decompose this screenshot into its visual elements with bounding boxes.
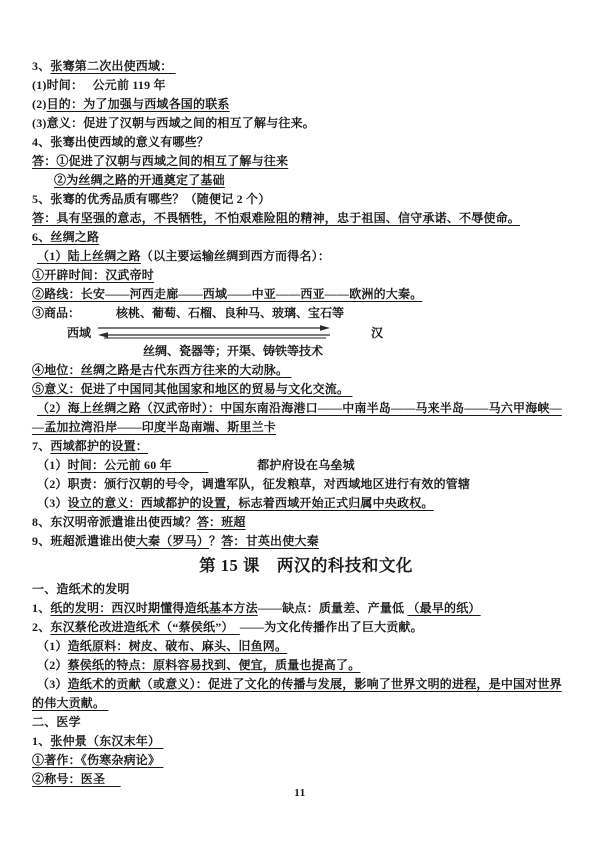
plain-text: 都护府设在乌垒城 [208, 458, 354, 472]
section-silk-road: 3、张骞第二次出使西域： (1)时间： 公元前 119 年(2)目的：为了加强与… [32, 57, 580, 304]
plain-text: 3、 [32, 59, 50, 73]
commodity-line: ③商品：核桃、葡萄、石榴、良种马、玻璃、宝石等 [32, 304, 580, 323]
plain-text: 8、东汉明帝派遣谁出使西域？ [32, 515, 197, 529]
plain-text: ——为文化传播作出了巨大贡献。 [240, 620, 423, 634]
underlined-text: （2）海上丝绸之路（汉武帝时）：中国东南沿海港口——中南半岛——马来半岛——马六… [37, 401, 562, 415]
q5-answer: 答：具有坚强的意志，不畏牺牲，不怕艰难险阻的精神，忠于祖国、信守承诺、不辱使命。 [32, 209, 580, 228]
diagram-east-label: 汉 [371, 324, 383, 341]
q7-duty: （2）职责：颁行汉朝的号令，调遣军队，征发粮草，对西域地区进行有效的管辖 [32, 475, 580, 494]
land-route-time: ①开辟时间：汉武帝时 [32, 266, 580, 285]
underlined-text: ①开辟时间：汉武帝时 [32, 268, 154, 282]
underlined-text: 答：甘英出使大秦 [221, 534, 319, 548]
plain-text: 1、 [32, 601, 50, 615]
underlined-text: 答：具有坚强的意志，不畏牺牲，不怕艰难险阻的精神，忠于祖国、信守承诺、不辱使命。 [32, 211, 520, 225]
underlined-text: 造纸术的贡献（或意义）：促进了文化的传播与发展，影响了世界文明的进程，是中国对世… [68, 677, 562, 691]
plain-text: （1） [37, 639, 68, 653]
diagram-bottom-label: 丝绸、瓷器等；开渠、铸铁等技术 [143, 344, 323, 358]
plain-text: 1、 [32, 734, 50, 748]
zhangzhongjing-work: ①著作：《伤寒杂病论》 [32, 751, 580, 770]
underlined-text: 张骞第二次出使西域： [50, 59, 175, 73]
underlined-text: 目的：为了加强与西域各国的联系 [47, 97, 230, 111]
underlined-text: 张仲景（东汉末年） [50, 734, 163, 748]
underlined-text: 东汉蔡伦改进造纸术（“蔡侯纸”） [50, 620, 239, 634]
diagram-west-label: 西域 [67, 324, 91, 341]
papermaking-contribution: （3）造纸术的贡献（或意义）：促进了文化的传播与发展，影响了世界文明的进程，是中… [32, 675, 580, 694]
q5-question: 5、张骞的优秀品质有哪些？（随便记 2 个） [32, 190, 580, 209]
q7-time: （1）时间：公元前 60 年 都护府设在乌垒城 [32, 456, 580, 475]
paper-materials: （1）造纸原料：树皮、破布、麻头、旧鱼网。 [32, 637, 580, 656]
plain-text: ？ [209, 534, 221, 548]
zhangzhongjing: 1、张仲景（东汉末年） [32, 732, 580, 751]
topic6-silk-road: 6、丝绸之路 [32, 228, 580, 247]
q4-answer-1: 答：①促进了汉朝与西域之间的相互了解与往来 [32, 152, 580, 171]
diagram-top-label: 核桃、葡萄、石榴、良种马、玻璃、宝石等 [116, 306, 344, 320]
underlined-text: ②路线：长安——河西走廊——西域——中亚——西亚——欧洲的大秦。 [32, 287, 422, 301]
underlined-text: 大秦（罗马） [136, 534, 209, 548]
plain-text: （1） [37, 458, 68, 472]
q3-time: (1)时间： 公元前 119 年 [32, 76, 580, 95]
section-papermaking: 一、造纸术的发明 [32, 580, 580, 599]
plain-text: (2) [32, 97, 47, 111]
plain-text: （2） [37, 658, 68, 672]
underlined-text: 设立的意义：西域都护的设置，标志着西域开始正式归属中央政权。 [68, 496, 434, 510]
plain-text: 一、造纸术的发明 [32, 582, 130, 596]
section-medicine: 二、医学 [32, 713, 580, 732]
papermaking-contribution-2: 的伟大贡献。 [32, 694, 580, 713]
underlined-text: 西域都护的设置： [50, 439, 148, 453]
plain-text: ——缺点：质量差、产量低 [258, 601, 408, 615]
cailun-improvement: 2、东汉蔡伦改进造纸术（“蔡侯纸”） ——为文化传播作出了巨大贡献。 [32, 618, 580, 637]
underlined-text: 纸的发明：西汉时期懂得造纸基本方法 [50, 601, 257, 615]
q3-significance: (3)意义：促进了汉朝与西域之间的相互了解与往来。 [32, 114, 580, 133]
plain-text: 5、张骞的优秀品质有哪些？（随便记 2 个） [32, 192, 270, 206]
q9-ganying: 9、班超派遣谁出使大秦（罗马）？答：甘英出使大秦 [32, 532, 580, 551]
diagram-bottom-line: 丝绸、瓷器等；开渠、铸铁等技术 [32, 342, 580, 361]
plain-text: （以主要运输丝绸到西方而得名）： [141, 249, 330, 263]
q4-answer-2: ②为丝绸之路的开通奠定了基础 [32, 171, 580, 190]
caihou-paper-features: （2）蔡侯纸的特点：原料容易找到、便宜，质量也提高了。 [32, 656, 580, 675]
underlined-text: ②为丝绸之路的开通奠定了基础 [54, 173, 225, 187]
plain-text: 4、张骞出使西域的意义有哪些？ [32, 135, 209, 149]
diagram-arrow-row: 西域 汉 [32, 323, 580, 342]
underlined-text: 造纸原料：树皮、破布、麻头、旧鱼网。 [68, 639, 288, 653]
trade-diagram: ③商品：核桃、葡萄、石榴、良种马、玻璃、宝石等 西域 汉 丝绸、瓷器等；开渠、铸… [32, 304, 580, 361]
underlined-text: ⑤意义：促进了中国同其他国家和地区的贸易与文化交流。 [32, 382, 352, 396]
section-silk-road-continued: ④地位：丝绸之路是古代东西方往来的大动脉。 ⑤意义：促进了中国同其他国家和地区的… [32, 361, 580, 551]
plain-text: 7、 [32, 439, 50, 453]
page-number: 11 [0, 787, 600, 799]
paper-invention: 1、纸的发明：西汉时期懂得造纸基本方法——缺点：质量差、产量低 （最早的纸） [32, 599, 580, 618]
land-silk-road-heading: （1）陆上丝绸之路（以主要运输丝绸到西方而得名）： [32, 247, 580, 266]
plain-text: (3)意义：促进了汉朝与西域之间的相互了解与往来。 [32, 116, 315, 130]
silk-road-status: ④地位：丝绸之路是古代东西方往来的大动脉。 [32, 361, 580, 380]
plain-text: （2）职责：颁行汉朝的号令，调遣军队，征发粮草，对西域地区进行有效的管辖 [37, 477, 470, 491]
underlined-text: （1）陆上丝绸之路 [37, 249, 141, 263]
underlined-text: （最早的纸） [407, 601, 480, 615]
maritime-silk-road-2: —孟加拉湾沿岸——印度半岛南端、斯里兰卡 [32, 418, 580, 437]
underlined-text: 蔡侯纸的特点：原料容易找到、便宜，质量也提高了。 [68, 658, 361, 672]
lesson-title: 第 15 课 两汉的科技和文化 [32, 554, 580, 578]
underlined-text: —孟加拉湾沿岸——印度半岛南端、斯里兰卡 [32, 420, 276, 434]
underlined-text: ②称号：医圣 [32, 772, 121, 786]
underlined-text: ④地位：丝绸之路是古代东西方往来的大动脉。 [32, 363, 291, 377]
plain-text: （3） [37, 677, 68, 691]
double-arrow-icon [98, 325, 330, 340]
plain-text: 二、医学 [32, 715, 81, 729]
document-page: 3、张骞第二次出使西域： (1)时间： 公元前 119 年(2)目的：为了加强与… [0, 0, 600, 848]
q4-question: 4、张骞出使西域的意义有哪些？ [32, 133, 580, 152]
q7-heading: 7、西域都护的设置： [32, 437, 580, 456]
underlined-text: 时间：公元前 60 年 [68, 458, 209, 472]
q3-purpose: (2)目的：为了加强与西域各国的联系 [32, 95, 580, 114]
document-content: 3、张骞第二次出使西域： (1)时间： 公元前 119 年(2)目的：为了加强与… [32, 57, 580, 789]
underlined-text: ①著作：《伤寒杂病论》 [32, 753, 163, 767]
plain-text: 9、班超派遣谁出使 [32, 534, 136, 548]
plain-text: （3） [37, 496, 68, 510]
maritime-silk-road-1: （2）海上丝绸之路（汉武帝时）：中国东南沿海港口——中南半岛——马来半岛——马六… [32, 399, 580, 418]
q8-banchao: 8、东汉明帝派遣谁出使西域？答：班超 [32, 513, 580, 532]
underlined-text: 的伟大贡献。 [32, 696, 108, 710]
underlined-text: 答：①促进了汉朝与西域之间的相互了解与往来 [32, 154, 288, 168]
plain-text: (1)时间： 公元前 119 年 [32, 78, 166, 92]
plain-text: 2、 [32, 620, 50, 634]
section-lesson15: 一、造纸术的发明1、纸的发明：西汉时期懂得造纸基本方法——缺点：质量差、产量低 … [32, 580, 580, 789]
underlined-text: 答：班超 [197, 515, 246, 529]
land-route-path: ②路线：长安——河西走廊——西域——中亚——西亚——欧洲的大秦。 [32, 285, 580, 304]
commodity-prefix: ③商品： [32, 306, 80, 320]
q7-significance: （3）设立的意义：西域都护的设置，标志着西域开始正式归属中央政权。 [32, 494, 580, 513]
silk-road-significance: ⑤意义：促进了中国同其他国家和地区的贸易与文化交流。 [32, 380, 580, 399]
q3-heading: 3、张骞第二次出使西域： [32, 57, 580, 76]
underlined-text: 6、丝绸之路 [32, 230, 99, 244]
